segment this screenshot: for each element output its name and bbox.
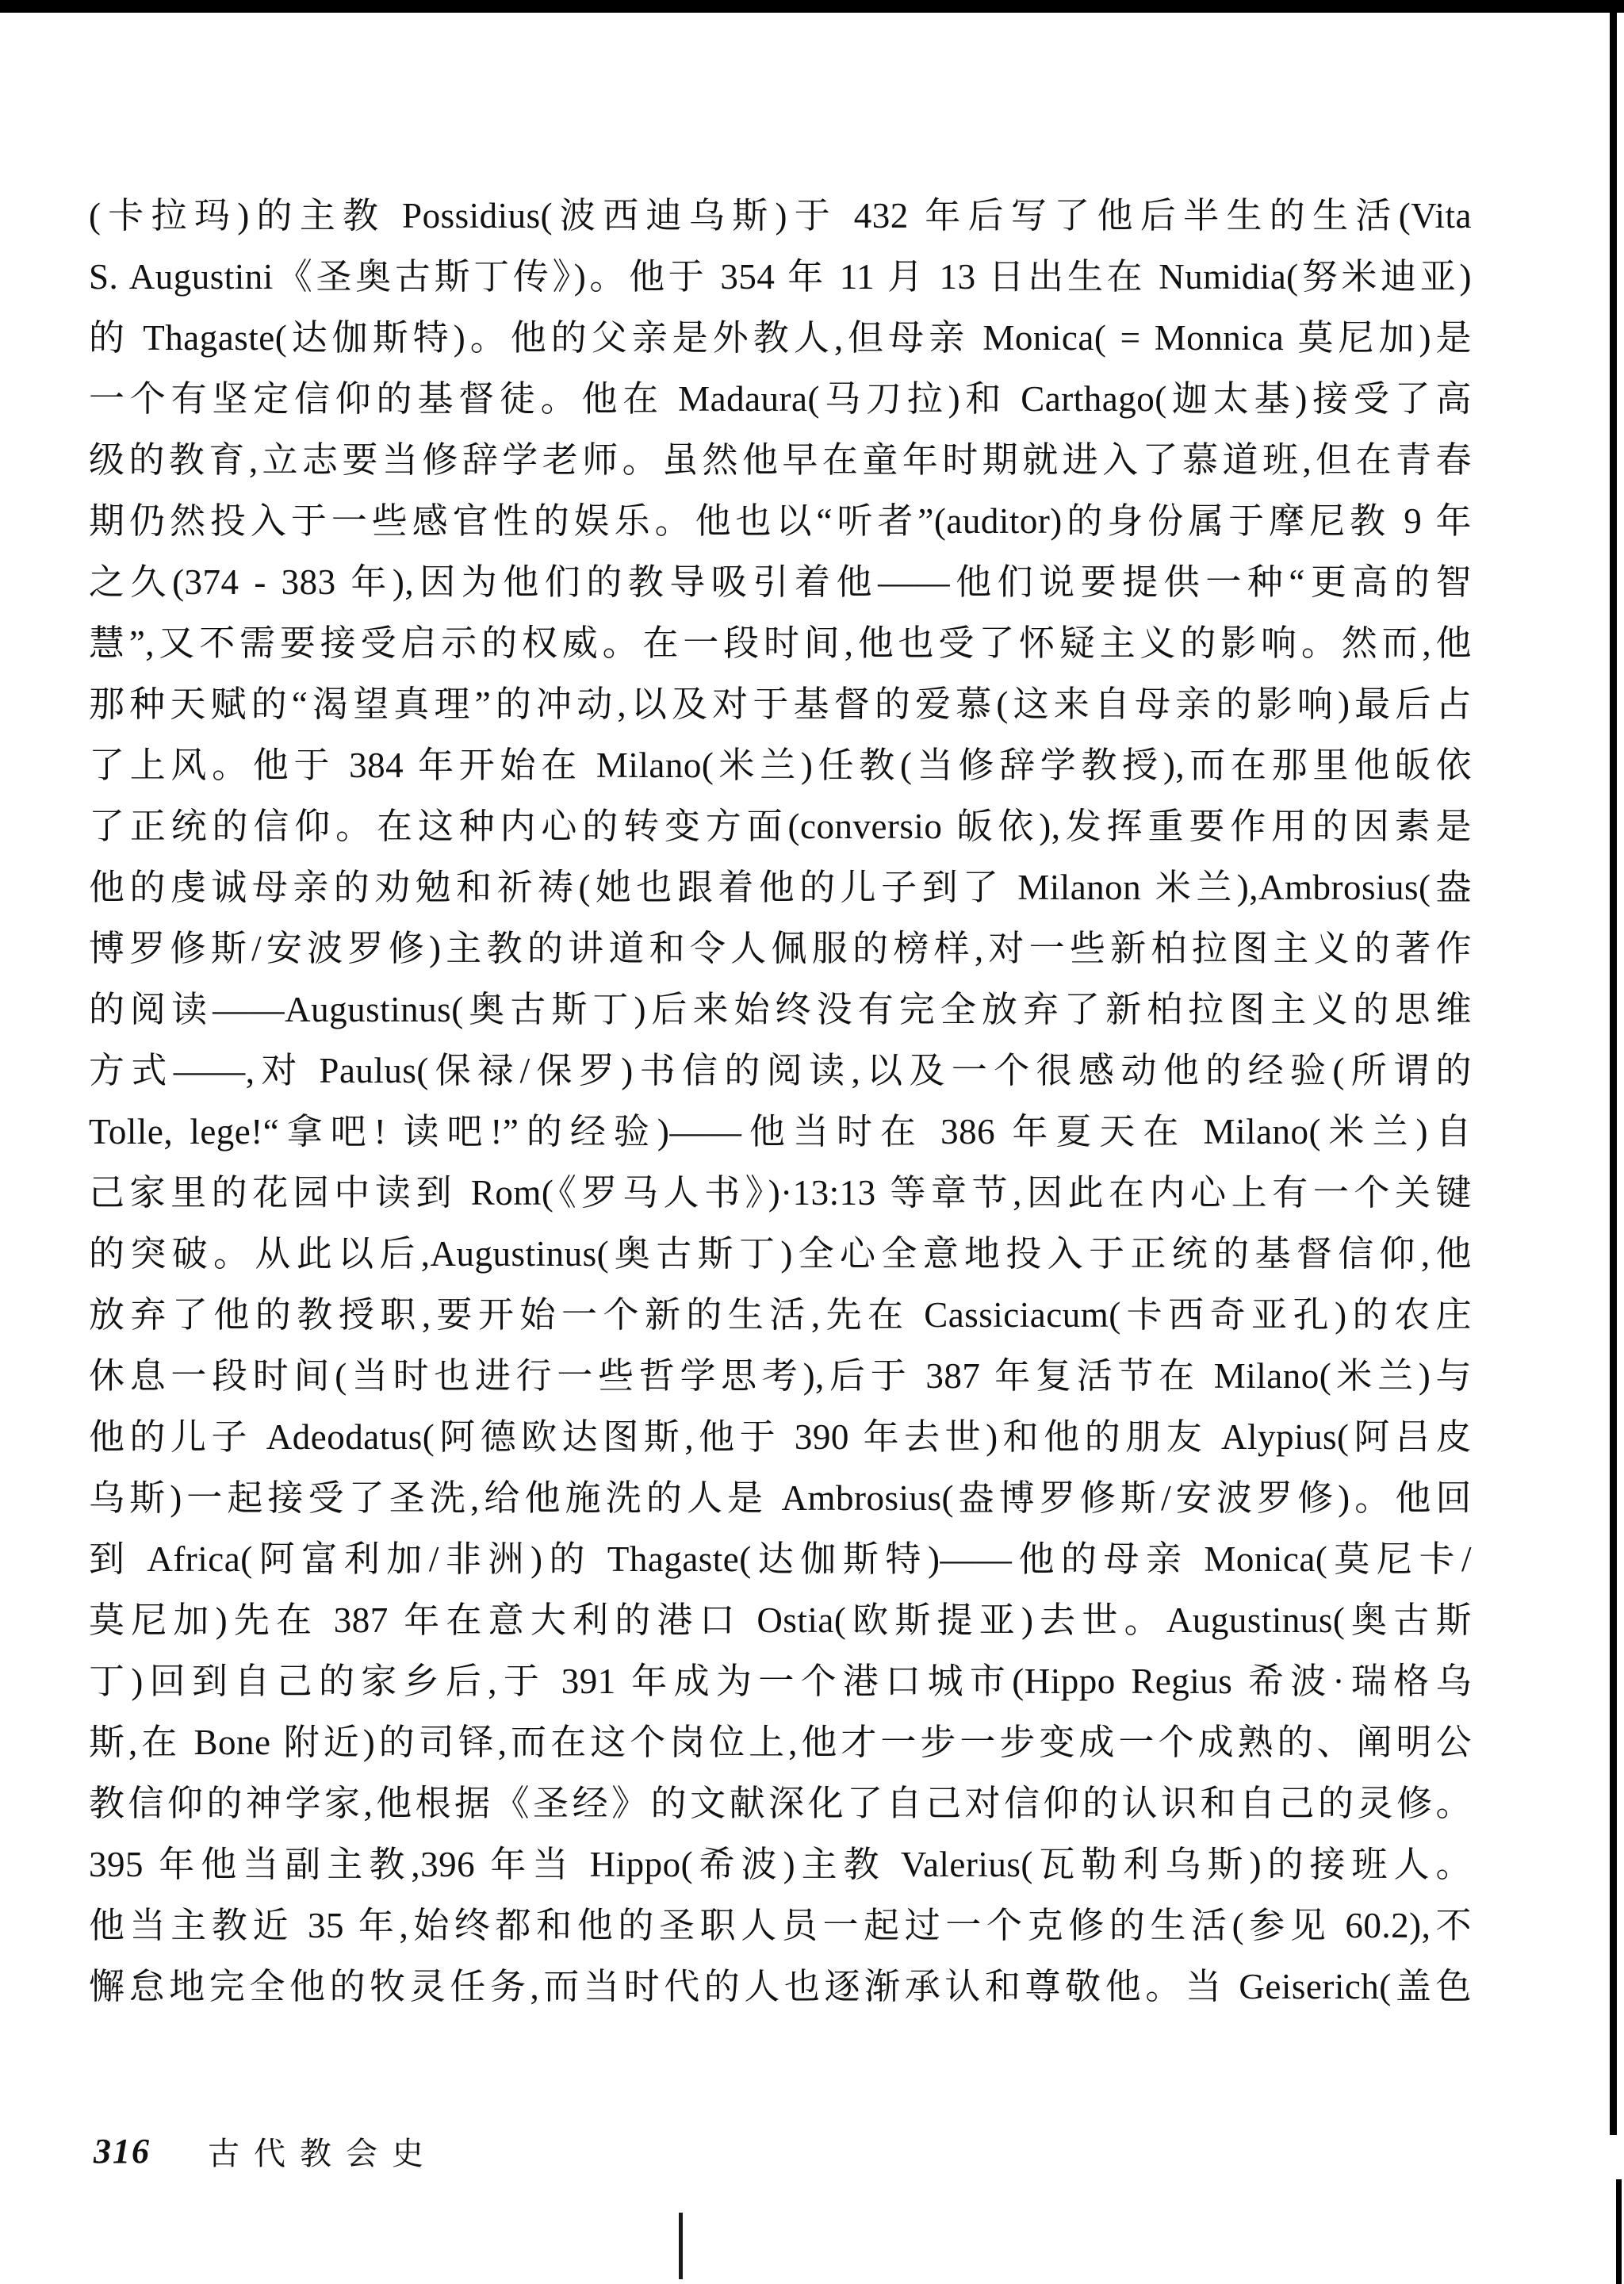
scan-artifact-right-line-lower bbox=[1616, 2179, 1622, 2284]
body-text-line: 的突破。从此以后,Augustinus(奥古斯丁)全心全意地投入于正统的基督信仰… bbox=[89, 1224, 1472, 1285]
body-text-line: 的 Thagaste(达伽斯特)。他的父亲是外教人,但母亲 Monica( = … bbox=[89, 308, 1472, 369]
body-text-line: 395 年他当副主教,396 年当 Hippo(希波)主教 Valerius(瓦… bbox=[89, 1834, 1472, 1895]
scan-artifact-bottom-mark bbox=[679, 2213, 683, 2279]
body-text-line: 那种天赋的“渴望真理”的冲动,以及对于基督的爱慕(这来自母亲的影响)最后占 bbox=[89, 674, 1472, 735]
body-text-line: 博罗修斯/安波罗修)主教的讲道和令人佩服的榜样,对一些新柏拉图主义的著作 bbox=[89, 918, 1472, 979]
body-text-line: 莫尼加)先在 387 年在意大利的港口 Ostia(欧斯提亚)去世。August… bbox=[89, 1590, 1472, 1651]
body-text-line: (卡拉玛)的主教 Possidius(波西迪乌斯)于 432 年后写了他后半生的… bbox=[89, 186, 1472, 247]
body-text-line: 乌斯)一起接受了圣洗,给他施洗的人是 Ambrosius(盎博罗修斯/安波罗修)… bbox=[89, 1468, 1472, 1529]
scan-artifact-top-bar bbox=[0, 0, 1624, 13]
body-text-line: 级的教育,立志要当修辞学老师。虽然他早在童年时期就进入了慕道班,但在青春 bbox=[89, 430, 1472, 491]
book-page-scan: (卡拉玛)的主教 Possidius(波西迪乌斯)于 432 年后写了他后半生的… bbox=[0, 0, 1624, 2284]
scan-artifact-right-line bbox=[1610, 0, 1617, 2135]
book-title: 古代教会史 bbox=[208, 2129, 438, 2174]
body-text-line: 了上风。他于 384 年开始在 Milano(米兰)任教(当修辞学教授),而在那… bbox=[89, 735, 1472, 796]
body-text-line: 他的儿子 Adeodatus(阿德欧达图斯,他于 390 年去世)和他的朋友 A… bbox=[89, 1407, 1472, 1468]
body-text-line: 期仍然投入于一些感官性的娱乐。他也以“听者”(auditor)的身份属于摩尼教 … bbox=[89, 491, 1472, 552]
page-footer: 316 古代教会史 bbox=[94, 2119, 438, 2182]
body-text-line: 他当主教近 35 年,始终都和他的圣职人员一起过一个克修的生活(参见 60.2)… bbox=[89, 1895, 1472, 1956]
body-text-line: 懈怠地完全他的牧灵任务,而当时代的人也逐渐承认和尊敬他。当 Geiserich(… bbox=[89, 1956, 1472, 2018]
body-text-line: Tolle, lege!“拿吧! 读吧!”的经验)——他当时在 386 年夏天在… bbox=[89, 1102, 1472, 1163]
body-text-line: 教信仰的神学家,他根据《圣经》的文献深化了自己对信仰的认识和自己的灵修。 bbox=[89, 1773, 1472, 1834]
body-text-line: 方式——,对 Paulus(保禄/保罗)书信的阅读,以及一个很感动他的经验(所谓… bbox=[89, 1040, 1472, 1102]
body-text-line: 的阅读——Augustinus(奥古斯丁)后来始终没有完全放弃了新柏拉图主义的思… bbox=[89, 979, 1472, 1040]
body-text-line: 斯,在 Bone 附近)的司铎,而在这个岗位上,他才一步一步变成一个成熟的、阐明… bbox=[89, 1712, 1472, 1773]
body-text-line: 一个有坚定信仰的基督徒。他在 Madaura(马刀拉)和 Carthago(迦太… bbox=[89, 369, 1472, 430]
body-text-line: 到 Africa(阿富利加/非洲)的 Thagaste(达伽斯特)——他的母亲 … bbox=[89, 1529, 1472, 1590]
body-text-line: 了正统的信仰。在这种内心的转变方面(conversio 皈依),发挥重要作用的因… bbox=[89, 796, 1472, 857]
body-text-line: 丁)回到自己的家乡后,于 391 年成为一个港口城市(Hippo Regius … bbox=[89, 1651, 1472, 1712]
body-text-line: 己家里的花园中读到 Rom(《罗马人书》)·13:13 等章节,因此在内心上有一… bbox=[89, 1163, 1472, 1224]
body-text-line: 他的虔诚母亲的劝勉和祈祷(她也跟着他的儿子到了 Milanon 米兰),Ambr… bbox=[89, 857, 1472, 918]
body-text-line: S. Augustini《圣奥古斯丁传》)。他于 354 年 11 月 13 日… bbox=[89, 247, 1472, 308]
body-text-line: 之久(374 - 383 年),因为他们的教导吸引着他——他们说要提供一种“更高… bbox=[89, 552, 1472, 613]
body-text-line: 休息一段时间(当时也进行一些哲学思考),后于 387 年复活节在 Milano(… bbox=[89, 1346, 1472, 1407]
body-text-line: 慧”,又不需要接受启示的权威。在一段时间,他也受了怀疑主义的影响。然而,他 bbox=[89, 613, 1472, 674]
body-text: (卡拉玛)的主教 Possidius(波西迪乌斯)于 432 年后写了他后半生的… bbox=[89, 186, 1472, 2018]
body-text-line: 放弃了他的教授职,要开始一个新的生活,先在 Cassiciacum(卡西奇亚孔)… bbox=[89, 1285, 1472, 1346]
page-number: 316 bbox=[94, 2131, 151, 2171]
